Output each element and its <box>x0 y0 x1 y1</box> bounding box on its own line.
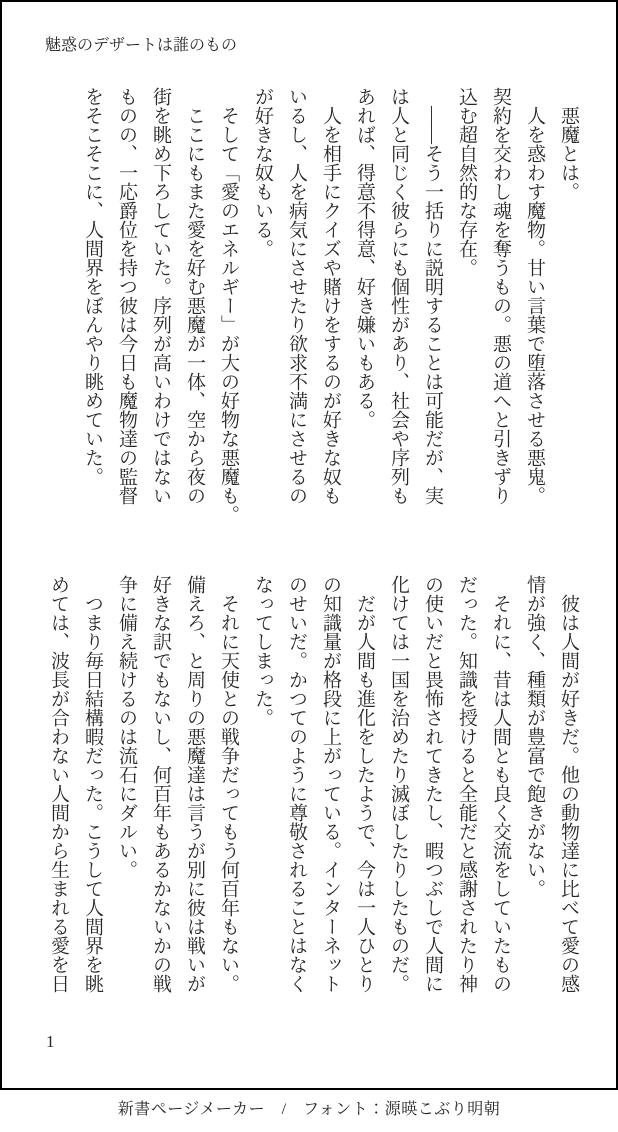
text-column: 契約を交わし魂を奪うもの。悪の道へと引きずり <box>483 87 517 527</box>
text-column: つまり毎日結構暇だった。こうして人間界を眺 <box>75 575 109 1015</box>
text-column: の使いだと畏怖されてきたし、暇つぶしで人間に <box>415 575 449 1015</box>
text-column: ――そう一括りに説明することは可能だが、実 <box>415 87 449 527</box>
footer-caption: 新書ページメーカー / フォント：源暎こぶり明朝 <box>0 1096 618 1119</box>
text-column: それに天使との戦争だってもう何百年もない。 <box>211 575 245 1015</box>
novel-page-preview: { "colors": { "background": "#ffffff", "… <box>0 0 618 1132</box>
text-column: それに、昔は人間とも良く交流をしていたもの <box>483 575 517 1015</box>
text-column: だが人間も進化をしたようで、今は一人ひとり <box>347 575 381 1015</box>
text-column: 争に備え続けるのは流石にダルい。 <box>109 575 143 1015</box>
text-column: 人を相手にクイズや賭けをするのが好きな奴も <box>313 87 347 527</box>
text-column: 人を惑わす魔物。甘い言葉で堕落させる悪鬼。 <box>517 87 551 527</box>
text-column: ものの、一応爵位を持つ彼は今日も魔物達の監督 <box>109 87 143 527</box>
text-column: ここにもまた愛を好む悪魔が一体、空から夜の <box>177 87 211 527</box>
body-text-block-lower: 彼は人間が好きだ。他の動物達に比べて愛の感情が強く、種類が豊富で飽きがない。 そ… <box>41 575 585 1015</box>
text-column: 備えろ、と周りの悪魔達は言うが別に彼は戦いが <box>177 575 211 1015</box>
text-column: めては、波長が合わない人間から生まれる愛を日 <box>41 575 75 1015</box>
text-column: が好きな奴もいる。 <box>245 87 279 527</box>
text-column: の知識量が格段に上がっている。インターネット <box>313 575 347 1015</box>
text-column: 街を眺め下ろしていた。序列が高いわけではない <box>143 87 177 527</box>
text-column: 彼は人間が好きだ。他の動物達に比べて愛の感 <box>551 575 585 1015</box>
text-column: 化けては一国を治めたり滅ぼしたりしたものだ。 <box>381 575 415 1015</box>
text-column: は人と同じく彼らにも個性があり、社会や序列も <box>381 87 415 527</box>
text-column: そして「愛のエネルギー」が大の好物な悪魔も。 <box>211 87 245 527</box>
text-column: 込む超自然的な存在。 <box>449 87 483 527</box>
page-title: 魅惑のデザートは誰のもの <box>45 32 237 55</box>
text-column: いるし、人を病気にさせたり欲求不満にさせるの <box>279 87 313 527</box>
text-column: なってしまった。 <box>245 575 279 1015</box>
text-column: をそこそこに、人間界をぼんやり眺めていた。 <box>75 87 109 527</box>
text-column: のせいだ。かつてのように尊敬されることはなく <box>279 575 313 1015</box>
text-column: 悪魔とは。 <box>551 87 585 527</box>
text-column: 情が強く、種類が豊富で飽きがない。 <box>517 575 551 1015</box>
body-text-block-upper: 悪魔とは。 人を惑わす魔物。甘い言葉で堕落させる悪鬼。契約を交わし魂を奪うもの。… <box>75 87 585 527</box>
text-column: だった。知識を授けると全能だと感謝されたり神 <box>449 575 483 1015</box>
text-column: あれば、得意不得意、好き嫌いもある。 <box>347 87 381 527</box>
page-number: 1 <box>46 1032 55 1052</box>
text-column: 好きな訳でもないし、何百年もあるかないかの戦 <box>143 575 177 1015</box>
